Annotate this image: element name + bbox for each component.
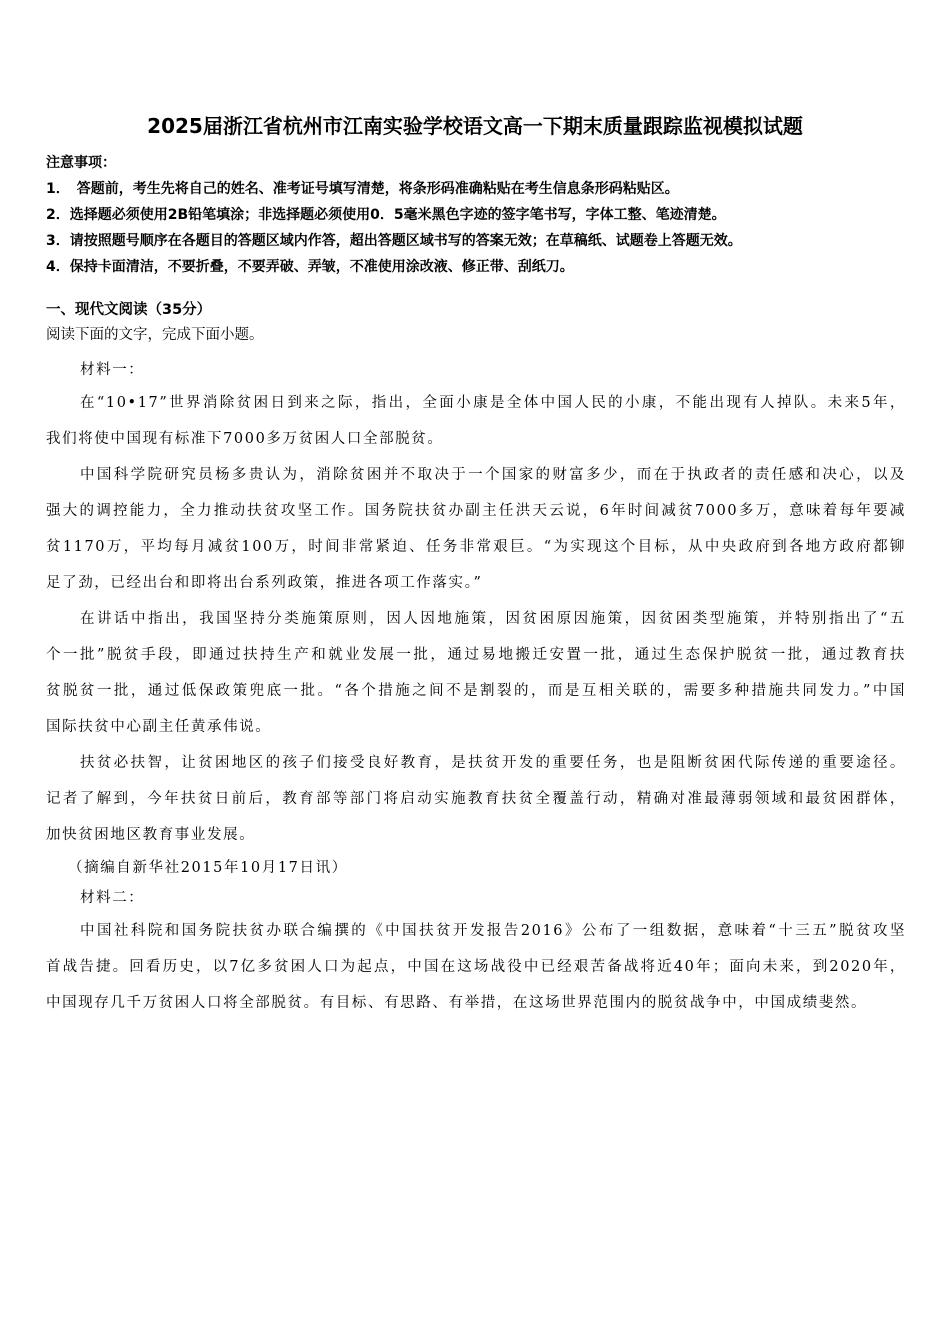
paragraph-line: 记者了解到，今年扶贫日前后，教育部等部门将启动实施教育扶贫全覆盖行动，精确对准最…	[46, 781, 906, 817]
paragraph-4: 扶贫必扶智，让贫困地区的孩子们接受良好教育，是扶贫开发的重要任务，也是阻断贫困代…	[46, 745, 906, 853]
paragraph-5: 中国社科院和国务院扶贫办联合编撰的《中国扶贫开发报告2016》公布了一组数据，意…	[46, 913, 906, 1021]
paragraph-line: 贫1170万，平均每月减贫100万，时间非常紧迫、任务非常艰巨。“为实现这个目标…	[46, 529, 906, 565]
paragraph-line: 我们将使中国现有标准下7000多万贫困人口全部脱贫。	[46, 421, 906, 457]
section-instruction: 阅读下面的文字，完成下面小题。	[46, 323, 264, 347]
paragraph-line: 扶贫必扶智，让贫困地区的孩子们接受良好教育，是扶贫开发的重要任务，也是阻断贫困代…	[46, 745, 906, 781]
paragraph-line: 加快贫困地区教育事业发展。	[46, 817, 906, 853]
notice-item-3: 3．请按照题号顺序在各题目的答题区域内作答，超出答题区域书写的答案无效；在草稿纸…	[46, 228, 926, 254]
paragraph-3: 在讲话中指出，我国坚持分类施策原则，因人因地施策，因贫困原因施策，因贫困类型施策…	[46, 601, 906, 745]
notice-block: 注意事项： 1． 答题前，考生先将自己的姓名、准考证号填写清楚，将条形码准确粘贴…	[46, 150, 926, 280]
paragraph-line: 足了劲，已经出台和即将出台系列政策，推进各项工作落实。”	[46, 565, 906, 601]
paragraph-line: 国际扶贫中心副主任黄承伟说。	[46, 709, 906, 745]
paragraph-line: 在讲话中指出，我国坚持分类施策原则，因人因地施策，因贫困原因施策，因贫困类型施策…	[46, 601, 906, 637]
exam-title: 2025届浙江省杭州市江南实验学校语文高一下期末质量跟踪监视模拟试题	[0, 112, 950, 140]
paragraph-2: 中国科学院研究员杨多贵认为，消除贫困并不取决于一个国家的财富多少，而在于执政者的…	[46, 457, 906, 601]
section-heading: 一、现代文阅读（35分）	[46, 298, 211, 322]
paragraph-line: 贫脱贫一批，通过低保政策兜底一批。“各个措施之间不是割裂的，而是互相关联的，需要…	[46, 673, 906, 709]
notice-item-1: 1． 答题前，考生先将自己的姓名、准考证号填写清楚，将条形码准确粘贴在考生信息条…	[46, 176, 926, 202]
paragraph-line: 中国科学院研究员杨多贵认为，消除贫困并不取决于一个国家的财富多少，而在于执政者的…	[46, 457, 906, 493]
paragraph-1: 在“10•17”世界消除贫困日到来之际，指出，全面小康是全体中国人民的小康，不能…	[46, 385, 906, 457]
exam-page: 2025届浙江省杭州市江南实验学校语文高一下期末质量跟踪监视模拟试题 注意事项：…	[0, 0, 950, 1344]
paragraph-line: 个一批”脱贫手段，即通过扶持生产和就业发展一批，通过易地搬迁安置一批，通过生态保…	[46, 637, 906, 673]
paragraph-line: 强大的调控能力，全力推动扶贫攻坚工作。国务院扶贫办副主任洪天云说，6年时间减贫7…	[46, 493, 906, 529]
paragraph-line: 中国社科院和国务院扶贫办联合编撰的《中国扶贫开发报告2016》公布了一组数据，意…	[46, 913, 906, 949]
paragraph-line: 在“10•17”世界消除贫困日到来之际，指出，全面小康是全体中国人民的小康，不能…	[46, 385, 906, 421]
material-2-label: 材料二：	[46, 883, 906, 913]
material-1-source: （摘编自新华社2015年10月17日讯）	[46, 853, 906, 883]
paragraph-line: 首战告捷。回看历史，以7亿多贫困人口为起点，中国在这场战役中已经艰苦备战将近40…	[46, 949, 906, 985]
notice-item-2: 2．选择题必须使用2B铅笔填涂；非选择题必须使用0．5毫米黑色字迹的签字笔书写，…	[46, 202, 926, 228]
paragraph-line: 中国现存几千万贫困人口将全部脱贫。有目标、有思路、有举措，在这场世界范围内的脱贫…	[46, 985, 906, 1021]
reading-passage: 材料一： 在“10•17”世界消除贫困日到来之际，指出，全面小康是全体中国人民的…	[46, 355, 906, 1021]
material-1-label: 材料一：	[46, 355, 906, 385]
notice-item-4: 4．保持卡面清洁，不要折叠，不要弄破、弄皱，不准使用涂改液、修正带、刮纸刀。	[46, 254, 926, 280]
notice-heading: 注意事项：	[46, 150, 926, 176]
